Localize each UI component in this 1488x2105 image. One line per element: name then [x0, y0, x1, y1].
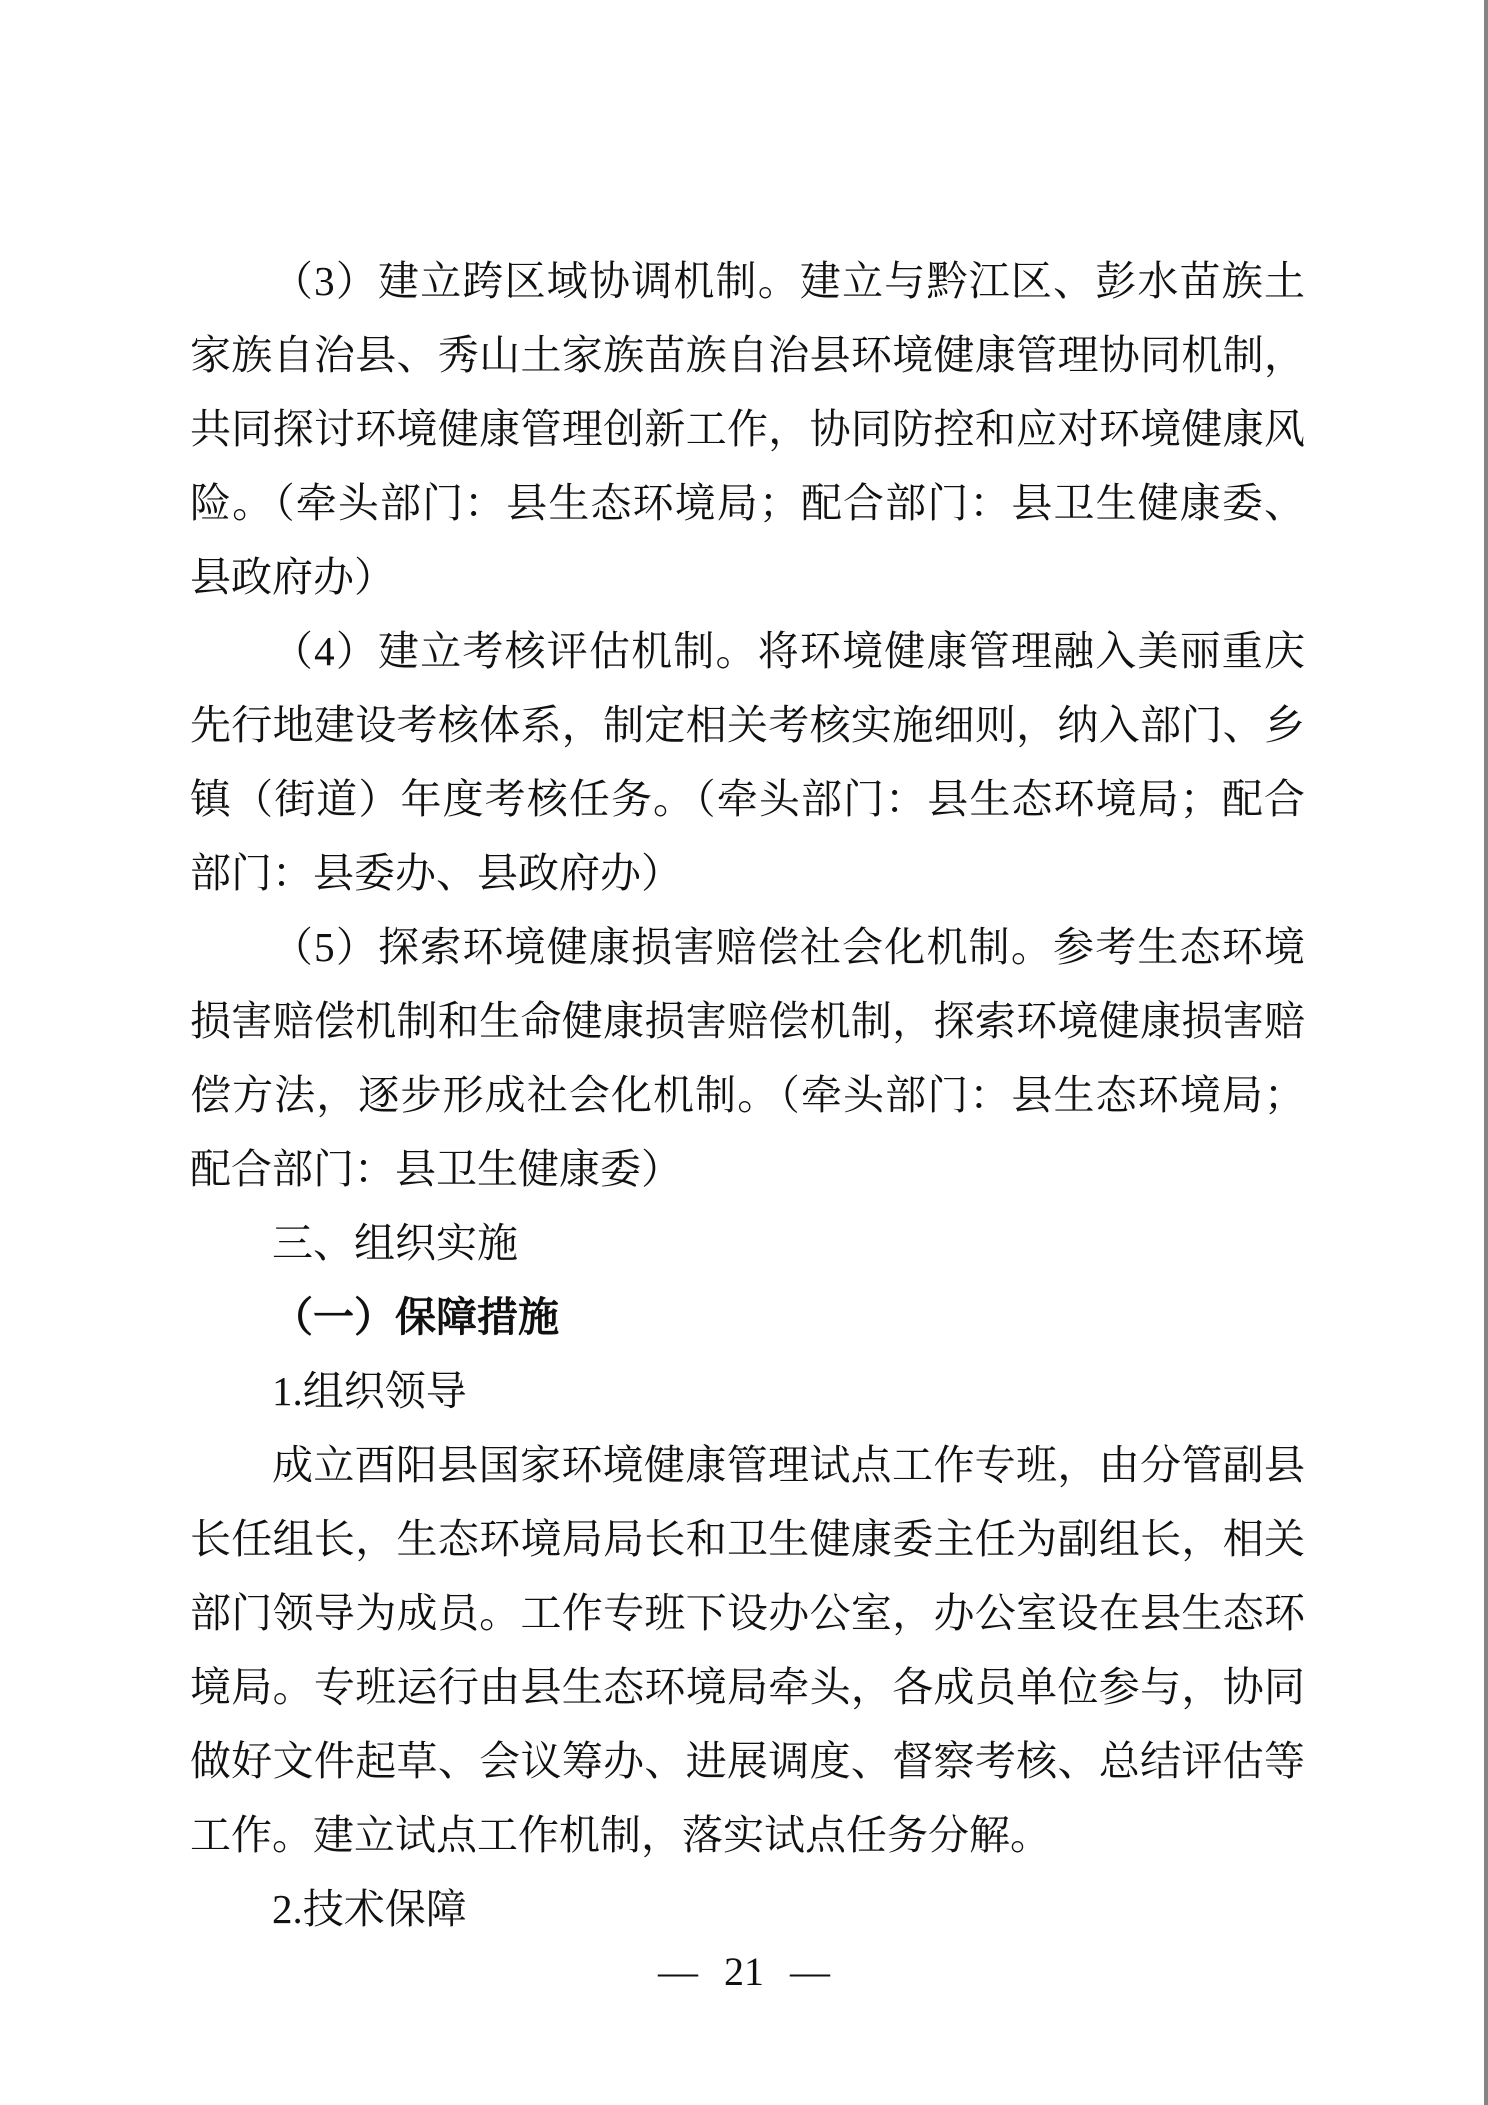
section-heading-3: 三、组织实施	[190, 1206, 1305, 1280]
document-body: （3）建立跨区域协调机制。建立与黔江区、彭水苗族土家族自治县、秀山土家族苗族自治…	[190, 244, 1305, 1946]
footer-left-dash: —	[658, 1948, 698, 1996]
paragraph-item-4: （4）建立考核评估机制。将环境健康管理融入美丽重庆先行地建设考核体系，制定相关考…	[190, 614, 1305, 910]
page-number: 21	[698, 1948, 790, 1996]
subheading-2-tech-support: 2.技术保障	[190, 1872, 1305, 1946]
footer-right-dash: —	[790, 1948, 830, 1996]
page-footer: —21—	[0, 1948, 1488, 1996]
section-heading-3-1: （一）保障措施	[190, 1280, 1305, 1354]
document-page: （3）建立跨区域协调机制。建立与黔江区、彭水苗族土家族自治县、秀山土家族苗族自治…	[0, 0, 1488, 2105]
paragraph-org-leadership: 成立酉阳县国家环境健康管理试点工作专班，由分管副县长任组长，生态环境局局长和卫生…	[190, 1428, 1305, 1872]
paragraph-item-3: （3）建立跨区域协调机制。建立与黔江区、彭水苗族土家族自治县、秀山土家族苗族自治…	[190, 244, 1305, 614]
paragraph-item-5: （5）探索环境健康损害赔偿社会化机制。参考生态环境损害赔偿机制和生命健康损害赔偿…	[190, 910, 1305, 1206]
page-edge-shadow	[1484, 0, 1488, 2105]
subheading-1-org-leadership: 1.组织领导	[190, 1354, 1305, 1428]
